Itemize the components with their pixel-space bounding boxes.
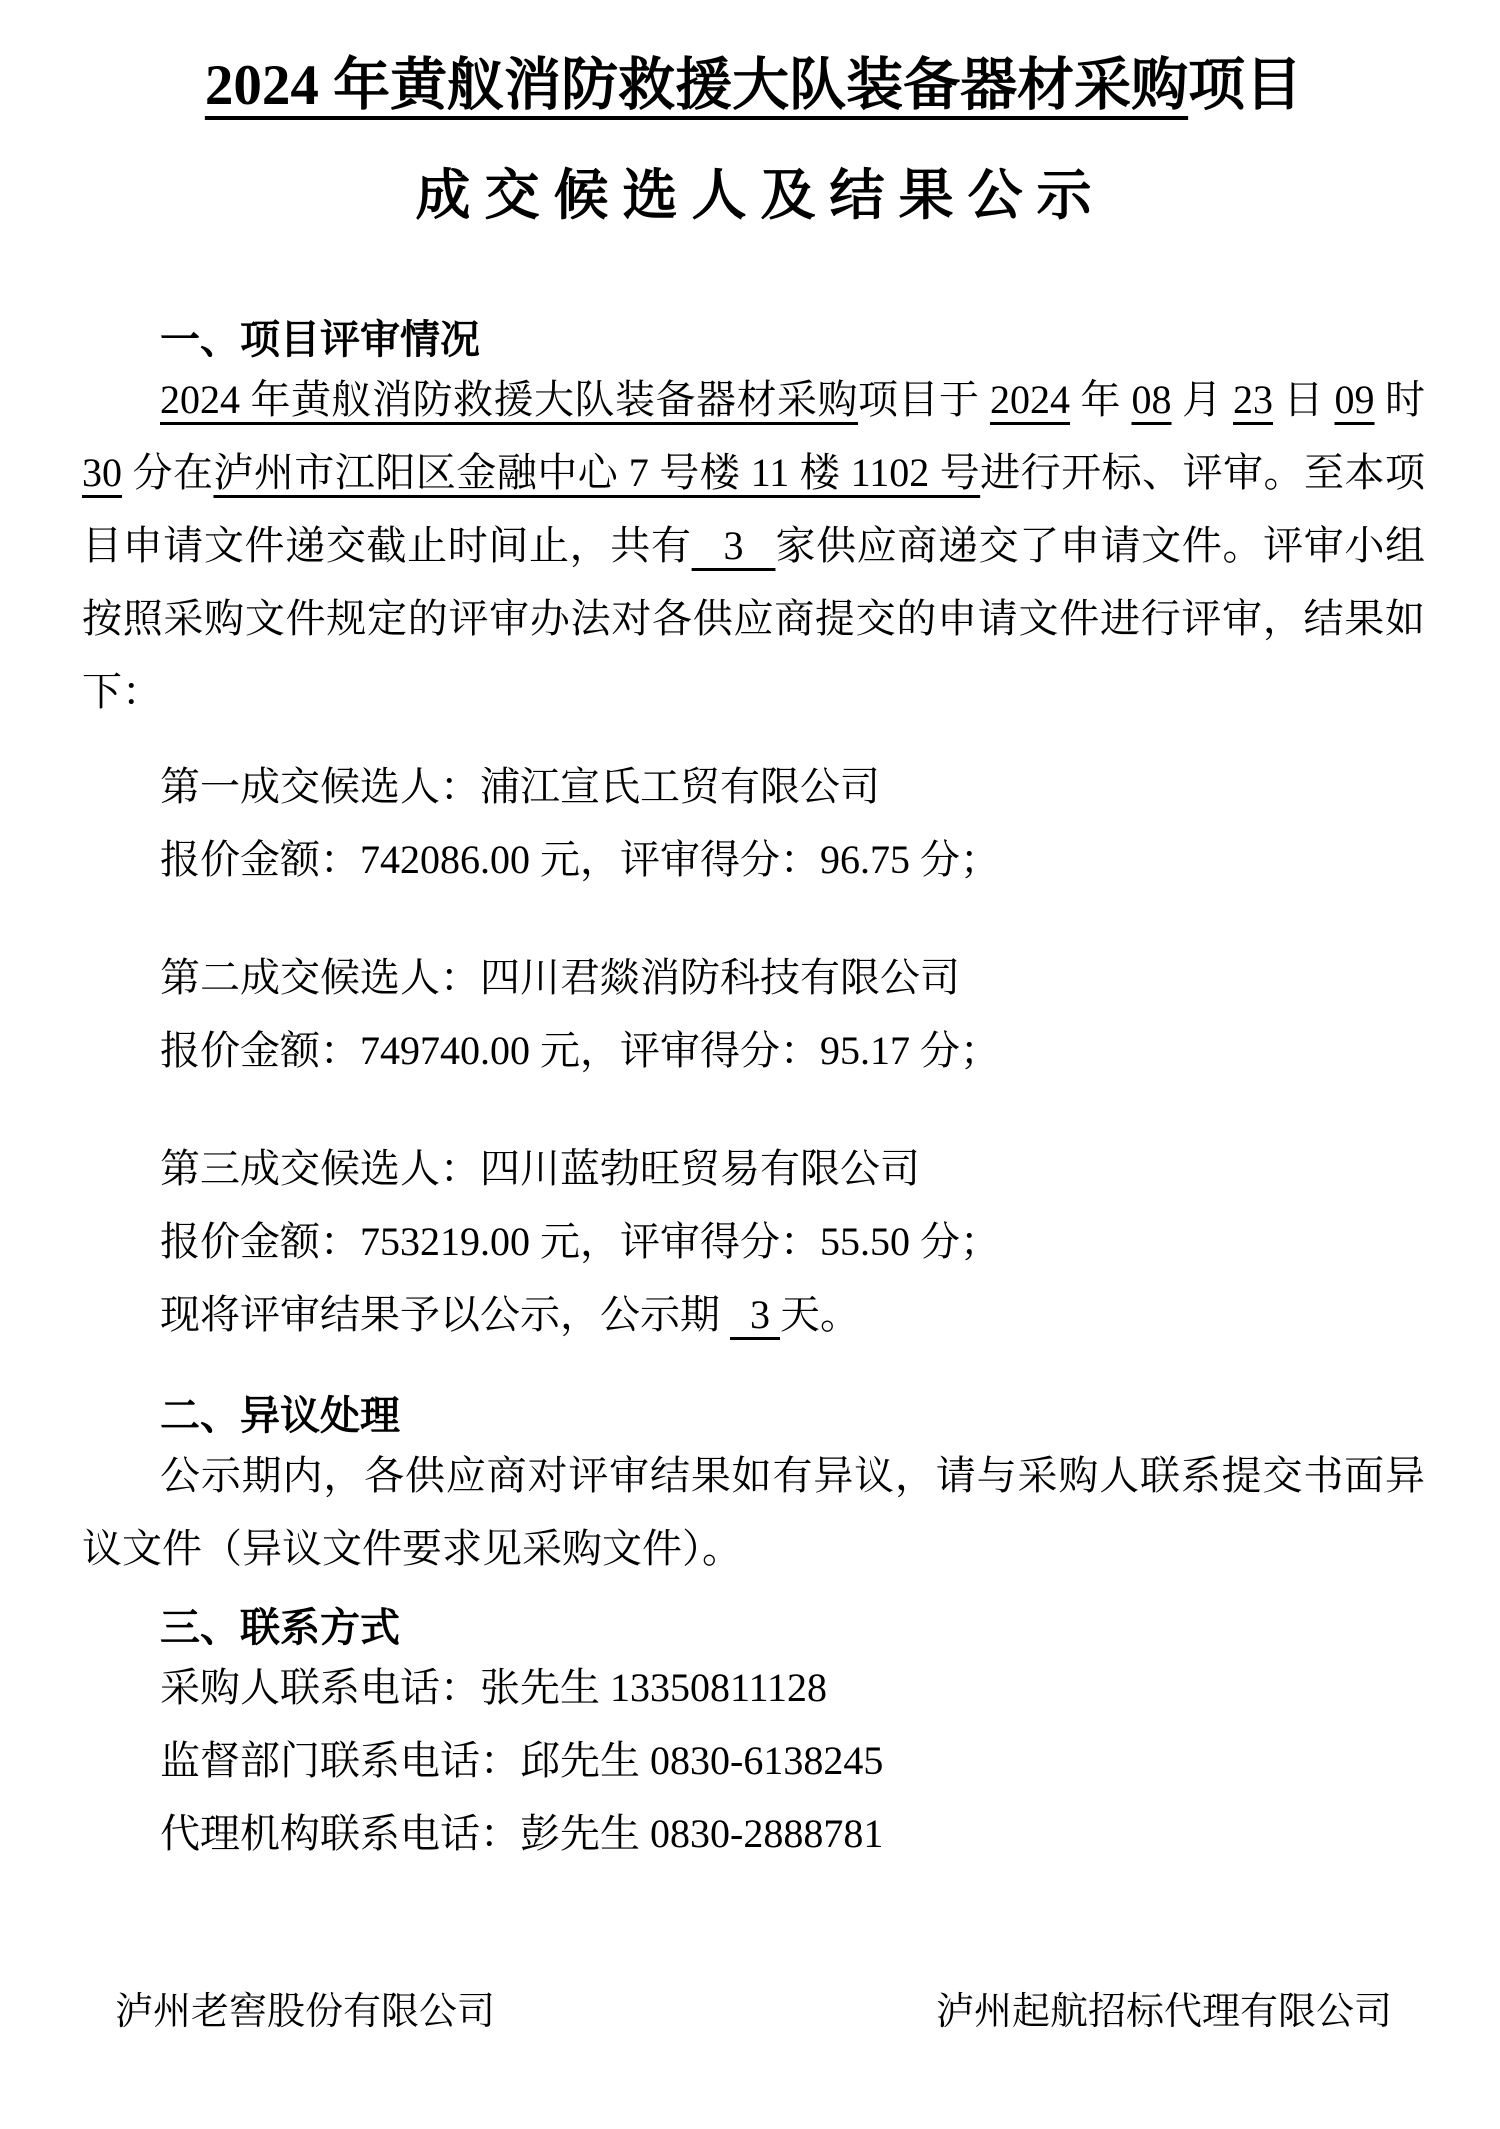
document-title-line2: 成交候选人及结果公示 bbox=[82, 163, 1425, 229]
contact-line-purchaser: 采购人联系电话：张先生 13350811128 bbox=[82, 1651, 1425, 1724]
footer-agency-company: 泸州起航招标代理有限公司 bbox=[936, 1988, 1392, 2036]
section-2-heading: 二、异议处理 bbox=[82, 1393, 1425, 1439]
document-footer: 泸州老窖股份有限公司 泸州起航招标代理有限公司 bbox=[115, 1988, 1392, 2036]
document-page: 2024 年黄舣消防救援大队装备器材采购项目 成交候选人及结果公示 一、项目评审… bbox=[0, 0, 1500, 2129]
objection-paragraph: 公示期内，各供应商对评审结果如有异议，请与采购人联系提交书面异议文件（异议文件要… bbox=[82, 1439, 1425, 1585]
document-content: 2024 年黄舣消防救援大队装备器材采购项目 成交候选人及结果公示 一、项目评审… bbox=[0, 0, 1500, 1870]
contact-line-supervision: 监督部门联系电话：邱先生 0830-6138245 bbox=[82, 1724, 1425, 1797]
candidate-block-3: 第三成交候选人：四川蓝勃旺贸易有限公司 报价金额：753219.00 元，评审得… bbox=[82, 1132, 1425, 1278]
document-title-line1: 2024 年黄舣消防救援大队装备器材采购项目 bbox=[82, 0, 1425, 121]
candidate-3-price-line: 报价金额：753219.00 元，评审得分：55.50 分； bbox=[82, 1205, 1425, 1278]
candidate-2-name-line: 第二成交候选人：四川君燚消防科技有限公司 bbox=[82, 941, 1425, 1014]
review-paragraph: 2024 年黄舣消防救援大队装备器材采购项目于 2024 年 08 月 23 日… bbox=[82, 363, 1425, 728]
publicity-period-line: 现将评审结果予以公示，公示期 3 天。 bbox=[82, 1278, 1425, 1351]
section-1-heading: 一、项目评审情况 bbox=[82, 317, 1425, 363]
section-3-heading: 三、联系方式 bbox=[82, 1605, 1425, 1651]
candidate-2-price-line: 报价金额：749740.00 元，评审得分：95.17 分； bbox=[82, 1014, 1425, 1087]
candidate-block-1: 第一成交候选人：浦江宣氏工贸有限公司 报价金额：742086.00 元，评审得分… bbox=[82, 750, 1425, 896]
candidate-1-price-line: 报价金额：742086.00 元，评审得分：96.75 分； bbox=[82, 823, 1425, 896]
candidate-1-name-line: 第一成交候选人：浦江宣氏工贸有限公司 bbox=[82, 750, 1425, 823]
candidate-block-2: 第二成交候选人：四川君燚消防科技有限公司 报价金额：749740.00 元，评审… bbox=[82, 941, 1425, 1087]
candidate-3-name-line: 第三成交候选人：四川蓝勃旺贸易有限公司 bbox=[82, 1132, 1425, 1205]
contact-line-agency: 代理机构联系电话：彭先生 0830-2888781 bbox=[82, 1797, 1425, 1870]
footer-purchaser-company: 泸州老窖股份有限公司 bbox=[115, 1988, 495, 2036]
